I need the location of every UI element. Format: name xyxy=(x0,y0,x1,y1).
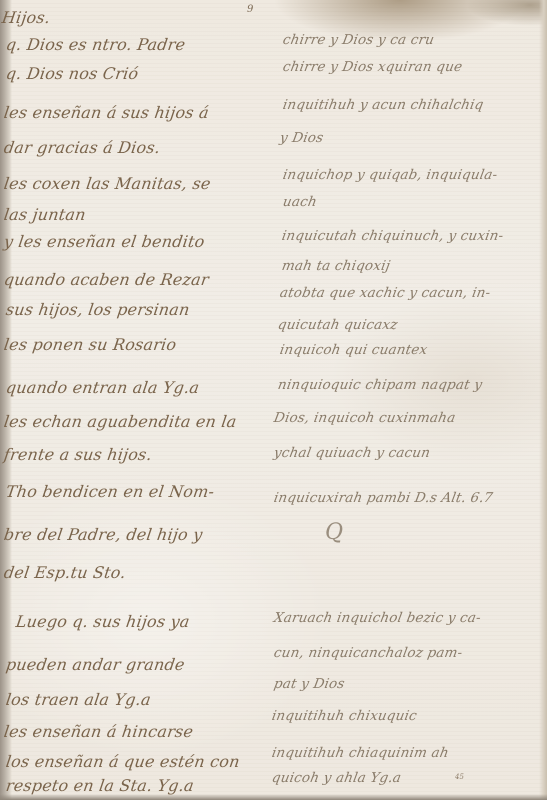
mayan-line: Dios, inquicoh cuxinmaha xyxy=(273,410,457,426)
spanish-line: les coxen las Manitas, se xyxy=(3,174,212,193)
spanish-line: los traen ala Yg.a xyxy=(5,690,153,709)
spanish-line: frente a sus hijos. xyxy=(3,445,154,464)
spanish-line: del Esp.tu Sto. xyxy=(3,563,127,582)
spanish-line: los enseñan á que estén con xyxy=(5,752,241,771)
mayan-line: atobta que xachic y cacun, in- xyxy=(279,285,492,301)
spanish-line: Tho bendicen en el Nom- xyxy=(5,482,216,501)
mayan-line: inquicuxirah pambi D.s Alt. 6.7 xyxy=(273,490,495,506)
mayan-line: chirre y Dios y ca cru xyxy=(282,32,436,48)
mayan-line: quicutah quicaxz xyxy=(277,317,399,333)
mayan-line: ychal quiuach y cacun xyxy=(273,445,432,461)
spanish-line: les enseñan á hincarse xyxy=(3,722,195,741)
spanish-line: dar gracias á Dios. xyxy=(3,138,162,157)
spanish-line: q. Dios es ntro. Padre xyxy=(5,35,187,54)
spanish-line: y les enseñan el bendito xyxy=(3,232,206,251)
spanish-line: Hijos. xyxy=(1,8,52,27)
spanish-line: les ponen su Rosario xyxy=(3,335,178,354)
mayan-line: Xaruach inquichol bezic y ca- xyxy=(273,610,483,626)
mayan-line: inquicutah chiquinuch, y cuxin- xyxy=(281,228,505,244)
spanish-line: q. Dios nos Crió xyxy=(5,64,140,83)
spanish-line: bre del Padre, del hijo y xyxy=(3,525,204,544)
mayan-line: chirre y Dios xquiran que xyxy=(282,59,464,75)
mayan-line: inquitihuh y acun chihalchiq xyxy=(282,97,485,113)
mayan-line: uach xyxy=(282,194,319,210)
spanish-line: quando acaben de Rezar xyxy=(3,270,210,289)
mayan-line: mah ta chiqoxij xyxy=(281,258,392,274)
spanish-line: pueden andar grande xyxy=(5,655,186,674)
mayan-line: ninquioquic chipam naqpat y xyxy=(277,377,484,393)
spanish-line: las juntan xyxy=(3,205,87,224)
decorative-flourish: Q xyxy=(325,520,343,545)
spanish-line: sus hijos, los persinan xyxy=(5,300,191,319)
mayan-line: inquicoh qui cuantex xyxy=(279,342,429,358)
spanish-line: les echan aguabendita en la xyxy=(3,412,238,431)
mayan-line: cun, ninquicanchaloz pam- xyxy=(273,645,464,661)
mayan-line: inquichop y quiqab, inquiqula- xyxy=(282,167,499,183)
spanish-line: Luego q. sus hijos ya xyxy=(15,612,191,631)
folio-number-bottom: 45 xyxy=(455,773,464,781)
page-right-edge xyxy=(539,0,547,800)
spanish-line: les enseñan á sus hijos á xyxy=(3,103,211,122)
manuscript-page: 9 45 Hijos. q. Dios es ntro. Padre q. Di… xyxy=(0,0,547,800)
mayan-line: y Dios xyxy=(279,130,325,146)
folio-number-top: 9 xyxy=(247,4,253,15)
spanish-line: quando entran ala Yg.a xyxy=(5,378,201,397)
spanish-line: respeto en la Sta. Yg.a xyxy=(5,776,196,795)
mayan-line: inquitihuh chixuquic xyxy=(271,708,419,724)
mayan-line: quicoh y ahla Yg.a xyxy=(271,770,403,786)
mayan-line: inquitihuh chiaquinim ah xyxy=(271,745,451,761)
mayan-line: pat y Dios xyxy=(273,676,346,692)
